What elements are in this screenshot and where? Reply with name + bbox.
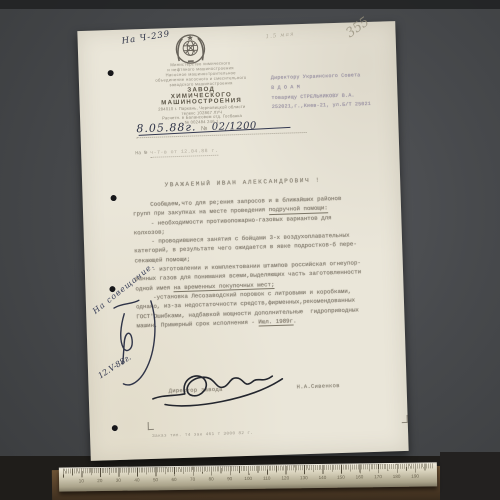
- letter-body: Сообщаем,что для ре;ения запросов и в бл…: [133, 192, 399, 330]
- left-corner-mark: [148, 422, 154, 430]
- punch-hole: [112, 425, 118, 431]
- ruler-number: 20: [91, 478, 110, 483]
- ruler-number: 120: [276, 475, 295, 480]
- ruler-number: 140: [313, 475, 332, 480]
- punch-hole: [110, 195, 116, 201]
- ruler-number: 160: [350, 474, 369, 479]
- director-signature-ink: [150, 361, 291, 411]
- ruler-number: 80: [202, 476, 221, 481]
- right-corner-mark: [402, 415, 408, 423]
- reference-line: На № ч-7-в от 12.04.88 г.: [135, 148, 218, 157]
- ruler-number: 60: [165, 477, 184, 482]
- ruler-number: 130: [295, 475, 314, 480]
- na-no-value: ч-7-в от 12.04.88 г.: [150, 148, 218, 158]
- ruler-number: 30: [109, 478, 128, 483]
- ruler-number: 90: [220, 476, 239, 481]
- ruler-number: 100: [239, 476, 258, 481]
- print-shop-line: Заказ тип. т4 зак 461 т 3000 82 г.: [152, 431, 253, 439]
- salutation-line: УВАЖАЕМЫЙ ИВАН АЛЕКСАНДРОВИЧ !: [140, 176, 345, 189]
- photo-of-document: 1020304050607080901001101201301401501601…: [0, 0, 500, 500]
- background-shadow-band: [0, 0, 500, 9]
- dark-corner: [440, 452, 500, 500]
- pen-note-top-left: На Ч-239: [121, 29, 171, 46]
- ruler-number: 150: [332, 475, 351, 480]
- pencil-number-top-right: 355: [343, 14, 372, 41]
- ruler-number: 190: [406, 474, 425, 479]
- ruler-number: 70: [183, 477, 202, 482]
- ruler-number: 110: [257, 476, 276, 481]
- ruler-number: 180: [387, 474, 406, 479]
- ruler-number: 50: [146, 477, 165, 482]
- addressee-block: Директору Украинского СоветаВ Д О А Мтов…: [271, 70, 390, 113]
- na-no-label: На №: [135, 150, 147, 156]
- pencil-note-top-center: 1.5 мая: [265, 31, 294, 40]
- ruler-number: 10: [72, 478, 91, 483]
- document-sheet: На Ч-239 1.5 мая 355 Министерство химиче…: [77, 21, 408, 461]
- ruler-number: 40: [128, 477, 147, 482]
- ruler-number: 170: [369, 474, 388, 479]
- signature-name: Н.А.Сивенков: [296, 382, 339, 390]
